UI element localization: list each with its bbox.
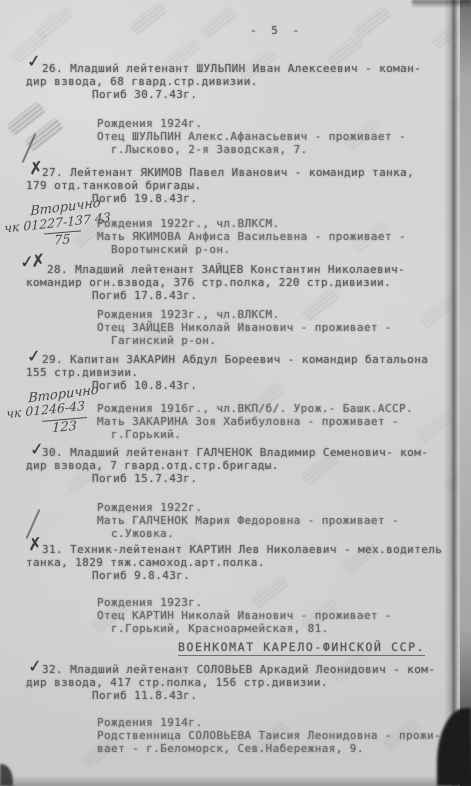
top-right-shadow: [412, 0, 471, 8]
entry-26-birth: Рождения 1924г.: [97, 117, 202, 130]
entry-26-address: г.Лысково, 2-я Заводская, 7.: [111, 143, 308, 156]
entry-31-relative: Отец КАРТИН Николай Иванович - проживает…: [97, 609, 392, 622]
check-mark: ✓: [26, 346, 39, 367]
entry-30-line2: дир взвода, 7 гвард.отд.стр.бригады.: [26, 459, 279, 472]
section-heading: ВОЕНКОМАТ КАРЕЛО-ФИНСКОЙ ССР.: [178, 641, 425, 656]
margin-note-denominator: 75: [44, 230, 81, 249]
entry-32-line1: 32. Младший лейтенант СОЛОВЬЕВ Аркадий Л…: [42, 663, 435, 676]
entry-27-birth: Рождения 1922г., чл.ВЛКСМ.: [97, 217, 280, 230]
entry-31-address: г.Горький, Красноармейская, 81.: [111, 622, 329, 635]
bottom-left-corner: [0, 764, 13, 786]
entry-29-relative: Мать ЗАКАРИНА Зоя Хабибуловна - проживае…: [97, 415, 399, 428]
entry-27-line2: 179 отд.танковой бригады.: [26, 179, 202, 192]
cross-mark: ✗: [27, 534, 40, 555]
watermark-stamp: [128, 1, 168, 36]
entry-30-line1: 30. Младший лейтенант ГАЛЧЕНОК Владимир …: [42, 446, 428, 459]
page-number: - 5 -: [250, 24, 303, 37]
next-page-edge: [460, 0, 471, 786]
entry-30-address: с.Ужовка.: [111, 527, 174, 540]
entry-28-birth: Рождения 1923г., чл.ВЛКСМ.: [97, 308, 280, 321]
entry-29-line2: 155 стр.дивизии.: [26, 366, 138, 379]
entry-28-address: Гагинский р-он.: [111, 334, 216, 347]
bottom-right-corner: [437, 708, 471, 786]
entry-26-line2: дир взвода, 68 гвард.стр.дивизии.: [26, 75, 258, 88]
scanned-document-page: - 5 - ✓ 26. Младший лейтенант ШУЛЬПИН Ив…: [0, 0, 471, 786]
check-cross-mark: ✓✗: [19, 251, 43, 273]
entry-32-address: вает - г.Беломорск, Сев.Набережная, 9.: [97, 742, 364, 755]
entry-31-line1: 31. Техник-лейтенант КАРТИН Лев Николаев…: [42, 543, 442, 556]
entry-32-death: Погиб 11.8.43г.: [92, 689, 197, 702]
entry-28-line1: 28. Младший лейтенант ЗАЙЦЕВ Константин …: [47, 263, 405, 276]
entry-27-address: Воротынский р-он.: [111, 243, 230, 256]
check-mark: ✓: [26, 51, 39, 72]
entry-31-death: Погиб 9.8.43г.: [92, 569, 190, 582]
bottom-edge-shadow: [0, 776, 471, 786]
entry-28-relative: Отец ЗАЙЦЕВ Николай Иванович - проживает…: [97, 321, 392, 334]
entry-30-relative: Мать ГАЛЧЕНОК Мария Федоровна - проживае…: [97, 514, 399, 527]
entry-29-birth: Рождения 1916г., чл.ВКП/б/. Урож.- Башк.…: [97, 402, 413, 415]
entry-27-relative: Мать ЯКИМОВА Анфиса Васильевна - прожива…: [97, 230, 406, 243]
entry-27-line1: 27. Лейтенант ЯКИМОВ Павел Иванович - ко…: [42, 166, 414, 179]
entry-30-death: Погиб 15.7.43г.: [92, 472, 197, 485]
watermark-stamp: [198, 5, 238, 40]
entry-31-birth: Рождения 1923г.: [97, 596, 202, 609]
entry-28-line2: командир огн.взвода, 376 стр.полка, 220 …: [26, 276, 391, 289]
watermark-stamp: [300, 287, 340, 322]
entry-29-death: Погиб 10.8.43г.: [92, 379, 197, 392]
entry-26-line1: 26. Младший лейтенант ШУЛЬПИН Иван Алекс…: [42, 62, 421, 75]
entry-26-relative: Отец ШУЛЬПИН Алекс.Афанасьевич - прожива…: [97, 130, 406, 143]
entry-29-line1: 29. Капитан ЗАКАРИН Абдул Бореевич - ком…: [42, 353, 428, 366]
check-mark: ✓: [27, 656, 40, 677]
entry-29-address: г.Горький.: [111, 428, 181, 441]
entry-32-relative: Родственница СОЛОВЬЕВА Таисия Леонидовна…: [97, 729, 441, 742]
entry-31-line2: танка, 1829 тяж.самоход.арт.полка.: [26, 556, 265, 569]
entry-30-birth: Рождения 1922г.: [97, 501, 202, 514]
entry-26-death: Погиб 30.7.43г.: [92, 88, 197, 101]
entry-28-death: Погиб 17.8.43г.: [92, 289, 197, 302]
cross-mark: ✗: [28, 158, 41, 179]
check-mark: ✓: [29, 439, 42, 460]
entry-32-line2: дир взвода, 417 стр.полка, 156 стр.дивиз…: [26, 676, 328, 689]
entry-27-death: Погиб 19.8.43г.: [92, 192, 197, 205]
entry-32-birth: Рождения 1914г.: [97, 716, 202, 729]
watermark-stamp: [250, 574, 290, 609]
margin-note-denominator: 123: [42, 417, 87, 437]
